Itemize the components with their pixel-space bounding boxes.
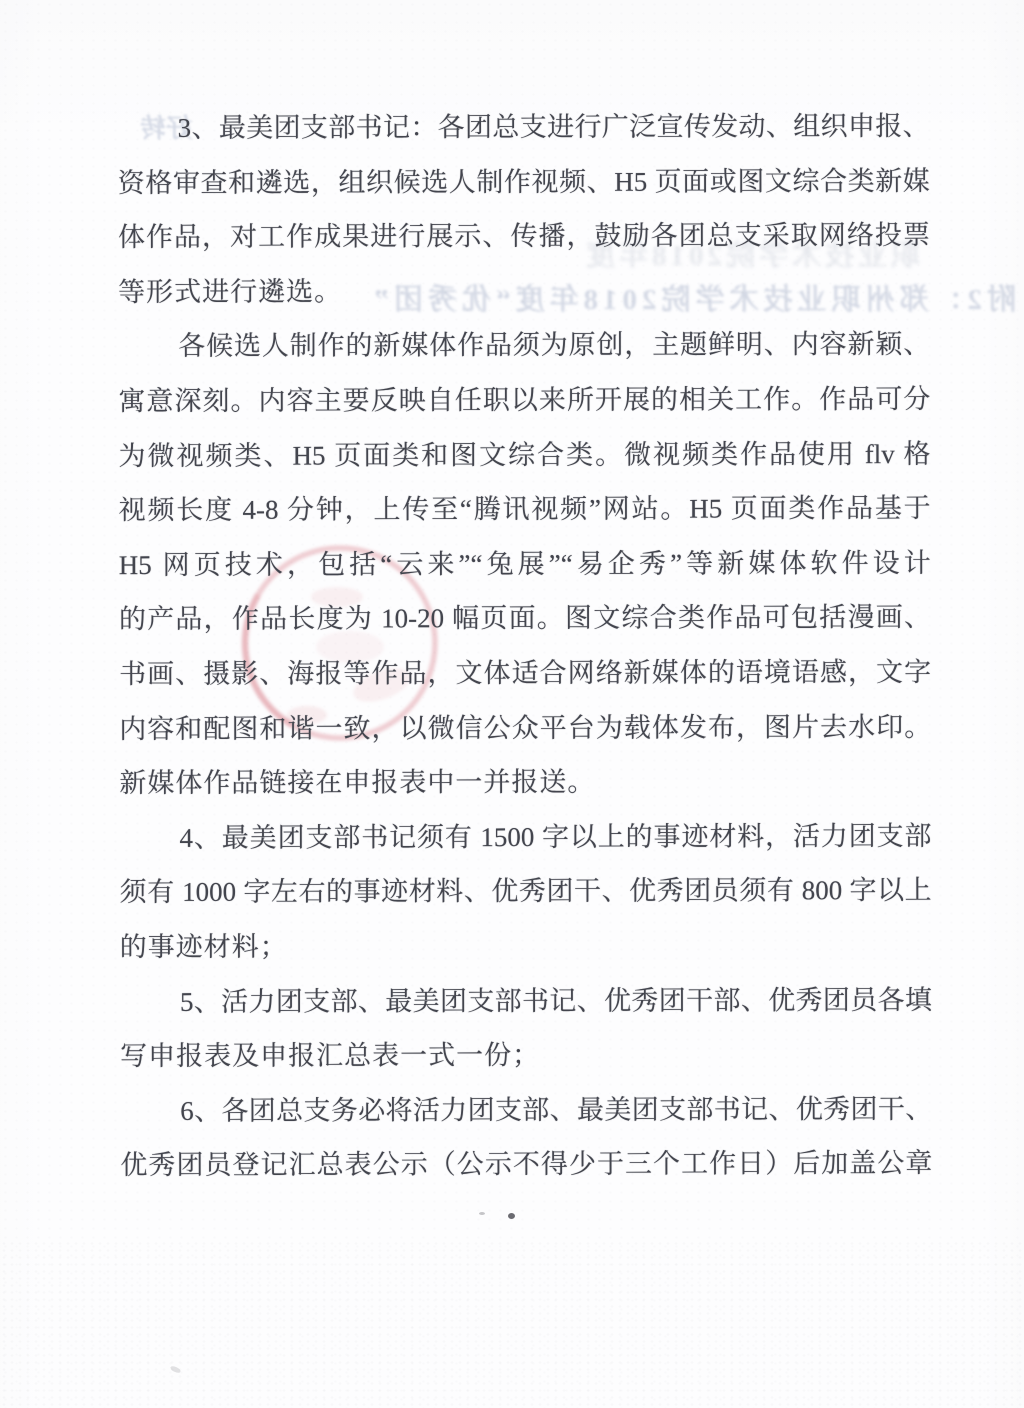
text-line: 4、最美团支部书记须有 1500 字以上的事迹材料，活力团支部 <box>119 809 931 866</box>
text-line: 寓意深刻。内容主要反映自任职以来所开展的相关工作。作品可分 <box>118 372 930 429</box>
text-line: 新媒体作品链接在申报表中一并报送。 <box>119 754 931 811</box>
text-line: 的事迹材料； <box>120 918 932 975</box>
text-line: 内容和配图和谐一致，以微信公众平台为载体发布，图片去水印。 <box>119 699 931 756</box>
text-line: 5、活力团支部、最美团支部书记、优秀团干部、优秀团员各填 <box>120 972 932 1029</box>
text-line: 须有 1000 字左右的事迹材料、优秀团干、优秀团员须有 800 字以上 <box>120 863 932 920</box>
text-line: 为微视频类、H5 页面类和图文综合类。微视频类作品使用 flv 格式， <box>118 427 930 484</box>
ink-speck <box>508 1213 515 1219</box>
text-line: 各候选人制作的新媒体作品须为原创，主题鲜明、内容新颖、 <box>118 317 930 374</box>
scan-noise-overlay <box>0 1240 1024 1408</box>
text-line: 6、各团总支务必将活力团支部、最美团支部书记、优秀团干、 <box>120 1082 932 1139</box>
text-line: 3、最美团支部书记：各团总支进行广泛宣传发动、组织申报、 <box>118 99 930 156</box>
text-line: 的产品，作品长度为 10-20 幅页面。图文综合类作品可包括漫画、 <box>119 590 931 647</box>
text-line: 优秀团员登记汇总表公示（公示不得少于三个工作日）后加盖公章 <box>120 1136 932 1193</box>
scanned-paper-page: 职业技术学院2018年度 附2：郑州职业技术学院2018年度“优秀团” 好转 3… <box>0 0 1024 1408</box>
text-line: 资格审查和遴选，组织候选人制作视频、H5 页面或图文综合类新媒 <box>118 154 930 211</box>
ink-speck <box>479 1212 485 1215</box>
text-line: 书画、摄影、海报等作品，文体适合网络新媒体的语境语感，文字 <box>119 645 931 702</box>
text-line: 体作品，对工作成果进行展示、传播，鼓励各团总支采取网络投票 <box>118 208 930 265</box>
document-text-block: 3、最美团支部书记：各团总支进行广泛宣传发动、组织申报、 资格审查和遴选，组织候… <box>118 99 933 1193</box>
text-line: 视频长度 4-8 分钟，上传至“腾讯视频”网站。H5 页面类作品基于 <box>119 481 931 538</box>
text-line: 等形式进行遴选。 <box>118 263 930 320</box>
text-line: H5 网页技术，包括“云来”“兔展”“易企秀”等新媒体软件设计 <box>119 536 931 593</box>
ink-speck <box>169 1365 181 1374</box>
text-line: 写申报表及申报汇总表一式一份； <box>120 1027 932 1084</box>
